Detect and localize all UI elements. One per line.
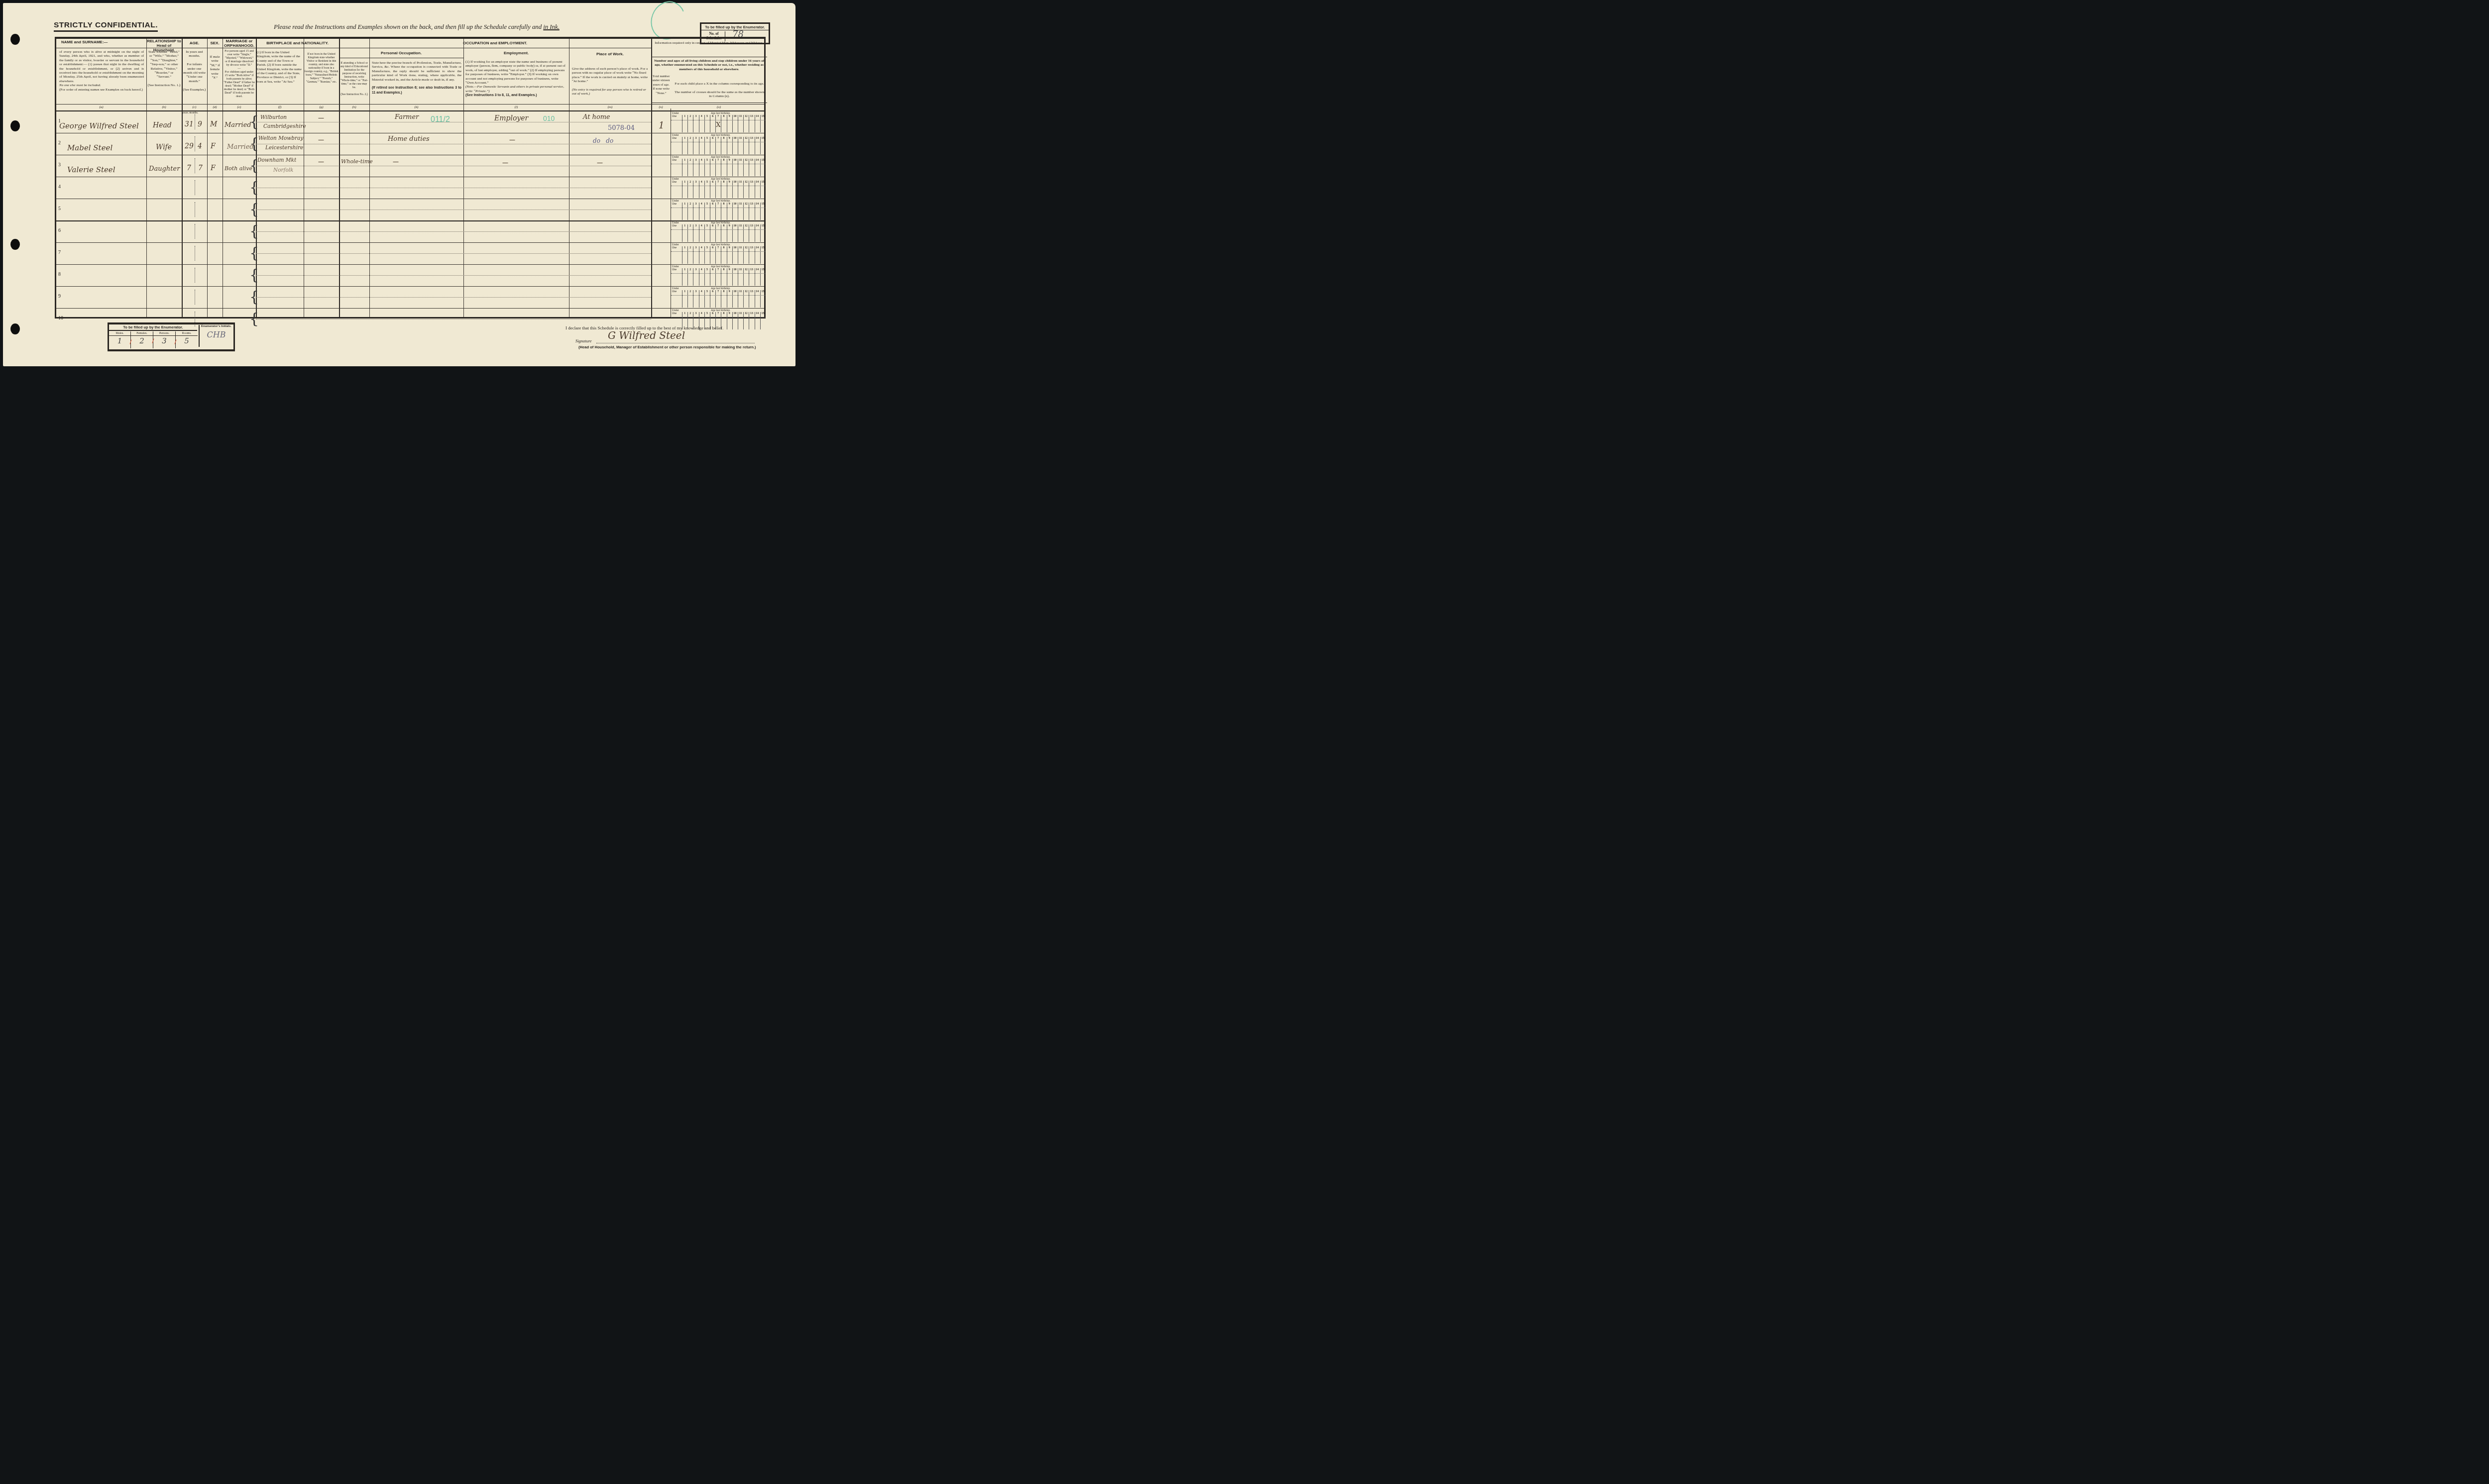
age-15-cell[interactable] <box>760 318 766 329</box>
age-13-cell[interactable] <box>749 230 754 242</box>
age-12-cell[interactable] <box>743 252 749 264</box>
age-6-cell[interactable] <box>710 186 715 198</box>
age-2-cell[interactable] <box>687 252 693 264</box>
age-10-cell[interactable] <box>732 120 738 132</box>
age-11-cell[interactable] <box>738 274 743 286</box>
age-15-cell[interactable] <box>760 186 766 198</box>
row1-age-years[interactable]: 31 <box>185 120 194 128</box>
age-10-cell[interactable] <box>732 296 738 308</box>
age-4-cell[interactable] <box>699 274 704 286</box>
age-1-cell[interactable] <box>682 164 687 176</box>
age-number-label: 7 <box>715 181 721 184</box>
age-4-cell[interactable] <box>699 230 704 242</box>
age-7-cell[interactable] <box>715 296 721 308</box>
confidential-title: STRICTLY CONFIDENTIAL. <box>54 21 158 32</box>
age-number-label: 15 <box>760 137 766 140</box>
age-15-cell[interactable] <box>760 274 766 286</box>
age-number-label: 8 <box>721 137 726 140</box>
age-5-cell[interactable] <box>704 296 710 308</box>
age-number-label: 1 <box>682 159 687 162</box>
age-14-cell[interactable] <box>755 230 760 242</box>
females-cell[interactable]: Females.2 <box>131 331 153 348</box>
males-label: Males. <box>109 331 130 336</box>
col-c-instructions: In years and months.For infants under on… <box>183 50 206 92</box>
age-number-label: 9 <box>727 115 732 118</box>
age-number-label: 12 <box>743 312 749 315</box>
age-9-cell[interactable] <box>727 186 732 198</box>
age-1-cell[interactable] <box>682 208 687 220</box>
age-5-cell[interactable] <box>704 252 710 264</box>
col-m-instructions: Give the address of each person’s place … <box>572 67 649 96</box>
age-number-label: 5 <box>704 181 710 184</box>
row2-marriage[interactable]: Married <box>227 143 254 151</box>
age-number-label: 8 <box>721 290 726 293</box>
row3-employment[interactable]: — <box>502 159 508 166</box>
age-number-label: 5 <box>704 290 710 293</box>
rooms-cell[interactable]: Rooms.5 <box>176 331 198 348</box>
age-number-label: 13 <box>749 159 754 162</box>
row3-birthplace-town[interactable]: Downham Mkt <box>257 157 296 163</box>
persons-cell[interactable]: Persons.3 <box>153 331 176 348</box>
age-2-cell[interactable] <box>687 296 693 308</box>
age-11-cell[interactable] <box>738 164 743 176</box>
age-1-cell[interactable] <box>682 142 687 154</box>
age-number-label: 1 <box>682 137 687 140</box>
age-number-label: 3 <box>693 246 698 249</box>
enumerator-initials-cell[interactable]: Enumerator’s Initials.CHB <box>199 325 233 347</box>
age-7-cell[interactable] <box>715 252 721 264</box>
age-3-cell[interactable] <box>693 120 698 132</box>
row2-relation[interactable]: Wife <box>156 143 172 151</box>
age-7-cell[interactable] <box>715 208 721 220</box>
age-11-cell[interactable] <box>738 208 743 220</box>
age-number-label: 14 <box>755 268 760 271</box>
age-10-cell[interactable] <box>732 318 738 329</box>
under-one-label: Under One <box>672 200 681 206</box>
age-number-label: 1 <box>682 203 687 206</box>
age-12-cell[interactable] <box>743 230 749 242</box>
age-under-one-cell[interactable] <box>671 186 682 198</box>
age-4-cell[interactable] <box>699 164 704 176</box>
age-5-cell[interactable] <box>704 230 710 242</box>
age-12-cell[interactable] <box>743 186 749 198</box>
age-number-label: 6 <box>710 290 715 293</box>
age-10-cell[interactable] <box>732 230 738 242</box>
age-8-cell[interactable] <box>721 296 726 308</box>
row1-children-total[interactable]: 1 <box>659 120 664 131</box>
col-no-title: Information required only in respect of … <box>652 41 766 45</box>
age-number-label: 7 <box>715 312 721 315</box>
persons-value: 3 <box>153 336 175 345</box>
age-number-label: 4 <box>699 246 704 249</box>
age-number-label: 2 <box>687 203 693 206</box>
child-age-grid: Under OneAge last birthday.1234567891011… <box>671 287 766 309</box>
age-6-cell[interactable] <box>710 230 715 242</box>
row1-place-of-work[interactable]: At home <box>583 113 610 121</box>
age-11-cell[interactable] <box>738 252 743 264</box>
age-number-label: 11 <box>738 203 743 206</box>
initials-value: CHB <box>200 330 233 339</box>
age-number-label: 5 <box>704 268 710 271</box>
age-7-cell[interactable] <box>715 164 721 176</box>
age-subheader: years. months. <box>182 111 198 114</box>
age-11-cell[interactable] <box>738 318 743 329</box>
age-6-cell[interactable] <box>710 120 715 132</box>
age-7-cell[interactable] <box>715 230 721 242</box>
age-12-cell[interactable] <box>743 142 749 154</box>
age-number-label: 15 <box>760 246 766 249</box>
row3-sex[interactable]: F <box>211 164 216 172</box>
row9-entry[interactable] <box>57 287 651 308</box>
row1-occupation-code: 011/2 <box>431 115 450 124</box>
age-4-cell[interactable] <box>699 186 704 198</box>
age-number-label: 6 <box>710 224 715 227</box>
age-number-label: 12 <box>743 159 749 162</box>
age-under-one-cell[interactable] <box>671 296 682 308</box>
age-9-cell[interactable] <box>727 318 732 329</box>
age-number-label: 13 <box>749 312 754 315</box>
enumerator-box-heading: To be filled up by the Enumerator. <box>109 325 197 331</box>
row2-place-of-work[interactable]: do do <box>593 137 613 144</box>
age-2-cell[interactable] <box>687 164 693 176</box>
row2-birthplace-county[interactable]: Leicestershire <box>265 145 303 151</box>
signature-line <box>596 343 755 343</box>
age-13-cell[interactable] <box>749 186 754 198</box>
age-number-label: 14 <box>755 159 760 162</box>
age-3-cell[interactable] <box>693 274 698 286</box>
row7-entry[interactable] <box>57 243 651 264</box>
age-2-cell[interactable] <box>687 120 693 132</box>
age-8-cell[interactable] <box>721 274 726 286</box>
col-no-subtitle: Number and ages of all living children a… <box>653 59 765 71</box>
age-number-label: 11 <box>738 115 743 118</box>
col-g-id: (g) <box>304 105 339 109</box>
age-15-cell[interactable] <box>760 296 766 308</box>
row3-place-of-work[interactable]: — <box>597 159 603 166</box>
age-number-label: 15 <box>760 203 766 206</box>
age-8-cell[interactable] <box>721 186 726 198</box>
age-1-cell[interactable] <box>682 252 687 264</box>
age-15-cell[interactable] <box>760 142 766 154</box>
age-6-cell[interactable] <box>710 296 715 308</box>
row3-nationality[interactable]: — <box>318 158 324 165</box>
age-8-cell[interactable] <box>721 208 726 220</box>
age-5-cell[interactable] <box>704 186 710 198</box>
row2-age-years[interactable]: 29 <box>185 142 194 150</box>
age-under-one-cell[interactable] <box>671 164 682 176</box>
age-9-cell[interactable] <box>727 230 732 242</box>
age-6-cell[interactable] <box>710 142 715 154</box>
age-1-cell[interactable] <box>682 230 687 242</box>
age-number-label: 11 <box>738 290 743 293</box>
age-15-cell[interactable] <box>760 230 766 242</box>
age-number-label: 12 <box>743 224 749 227</box>
age-6-cell[interactable] <box>710 208 715 220</box>
age-under-one-cell[interactable] <box>671 120 682 132</box>
col-e-id: (e) <box>223 105 256 109</box>
col-e-title: MARRIAGE or ORPHANHOOD. <box>223 39 256 48</box>
age-7-cell[interactable] <box>715 186 721 198</box>
age-number-label: 2 <box>687 159 693 162</box>
age-9-cell[interactable] <box>727 142 732 154</box>
age-4-cell[interactable] <box>699 208 704 220</box>
col-m-title: Place of Work. <box>569 52 651 56</box>
age-12-cell[interactable] <box>743 318 749 329</box>
age-14-cell[interactable] <box>755 120 760 132</box>
age-number-label: 15 <box>760 268 766 271</box>
age-10-cell[interactable] <box>732 208 738 220</box>
age-3-cell[interactable] <box>693 164 698 176</box>
col-o-instructions: For each child place a X in the column c… <box>674 82 765 99</box>
row1-sex[interactable]: M <box>210 120 217 128</box>
age-under-one-cell[interactable] <box>671 274 682 286</box>
age-number-label: 5 <box>704 246 710 249</box>
col-e-instructions: For persons aged 15 and over write “Sing… <box>224 50 255 99</box>
age-14-cell[interactable] <box>755 252 760 264</box>
age-5-cell[interactable] <box>704 164 710 176</box>
age-number-label: 2 <box>687 224 693 227</box>
age-3-cell[interactable] <box>693 208 698 220</box>
age-8-cell[interactable] <box>721 230 726 242</box>
age-7-cell[interactable] <box>715 142 721 154</box>
age-number-label: 14 <box>755 115 760 118</box>
row3-occupation[interactable]: — <box>393 158 399 165</box>
age-2-cell[interactable] <box>687 142 693 154</box>
age-12-cell[interactable] <box>743 120 749 132</box>
age-8-cell[interactable] <box>721 142 726 154</box>
row1-birthplace-town[interactable]: Wilburton <box>260 114 287 120</box>
age-5-cell[interactable] <box>704 274 710 286</box>
age-number-label: 11 <box>738 268 743 271</box>
row3-name[interactable]: Valerie Steel <box>67 165 115 174</box>
age-4-cell[interactable] <box>699 296 704 308</box>
age-10-cell[interactable] <box>732 164 738 176</box>
age-13-cell[interactable] <box>749 208 754 220</box>
age-8-cell[interactable] <box>721 120 726 132</box>
row3-age-months[interactable]: 7 <box>198 164 203 172</box>
age-9-cell[interactable] <box>727 296 732 308</box>
row2-nationality[interactable]: — <box>318 136 324 143</box>
age-10-cell[interactable] <box>732 252 738 264</box>
age-1-cell[interactable] <box>682 120 687 132</box>
age-11-cell[interactable] <box>738 120 743 132</box>
age-2-cell[interactable] <box>687 186 693 198</box>
age-number-label: 9 <box>727 268 732 271</box>
age-number-label: 15 <box>760 312 766 315</box>
age-15-cell[interactable] <box>760 208 766 220</box>
punch-hole-icon <box>10 239 20 250</box>
row2-sex[interactable]: F <box>211 142 216 150</box>
age-1-cell[interactable] <box>682 296 687 308</box>
age-15-cell[interactable] <box>760 120 766 132</box>
row2-age-months[interactable]: 4 <box>198 142 202 150</box>
age-12-cell[interactable] <box>743 208 749 220</box>
males-cell[interactable]: Males.1 <box>109 331 131 348</box>
row2-occupation[interactable]: Home duties <box>388 135 430 143</box>
row3-school[interactable]: Whole-time <box>341 158 373 165</box>
age-number-label: 9 <box>727 159 732 162</box>
age-6-cell[interactable] <box>710 252 715 264</box>
row4-entry[interactable] <box>57 177 651 199</box>
age-10-cell[interactable] <box>732 274 738 286</box>
males-value: 1 <box>109 336 130 345</box>
under-one-label: Under One <box>672 243 681 249</box>
col-m-id: (m) <box>569 105 651 109</box>
age-number-label: 9 <box>727 224 732 227</box>
row1-nationality[interactable]: — <box>318 114 324 121</box>
row1-relation[interactable]: Head <box>153 121 172 129</box>
age-13-cell[interactable] <box>749 252 754 264</box>
age-1-cell[interactable] <box>682 186 687 198</box>
age-number-label: 4 <box>699 181 704 184</box>
age-1-cell[interactable] <box>682 274 687 286</box>
age-14-cell[interactable] <box>755 142 760 154</box>
age-5-cell[interactable] <box>704 208 710 220</box>
age-number-label: 14 <box>755 203 760 206</box>
age-9-cell[interactable] <box>727 274 732 286</box>
age-number-label: 8 <box>721 115 726 118</box>
age-8-cell[interactable] <box>721 252 726 264</box>
age-12-cell[interactable] <box>743 274 749 286</box>
age-number-label: 7 <box>715 115 721 118</box>
age-number-label: 7 <box>715 137 721 140</box>
age-14-cell[interactable] <box>755 208 760 220</box>
under-one-label: Under One <box>672 287 681 293</box>
age-13-cell[interactable] <box>749 318 754 329</box>
row1-occupation[interactable]: Farmer <box>395 113 419 121</box>
age-2-cell[interactable] <box>687 208 693 220</box>
row3-relation[interactable]: Daughter <box>149 165 180 173</box>
rooms-label: Rooms. <box>176 331 198 336</box>
age-number-label: 12 <box>743 290 749 293</box>
col-k-instructions: State here the precise branch of Profess… <box>372 61 461 95</box>
age-15-cell[interactable] <box>760 164 766 176</box>
row8-entry[interactable] <box>57 265 651 286</box>
age-3-cell[interactable] <box>693 230 698 242</box>
age-number-label: 3 <box>693 203 698 206</box>
row2-name[interactable]: Mabel Steel <box>67 143 113 152</box>
age-9-cell[interactable] <box>727 120 732 132</box>
col-b-instructions: State whether “Head,” or “Wife,” “Mother… <box>147 50 181 88</box>
age-number-label: 4 <box>699 137 704 140</box>
col-o-id: (o) <box>671 105 767 109</box>
age-14-cell[interactable] <box>755 186 760 198</box>
age-14-cell[interactable] <box>755 296 760 308</box>
row5-entry[interactable] <box>57 199 651 220</box>
age-number-label: 3 <box>693 224 698 227</box>
age-number-label: 4 <box>699 224 704 227</box>
age-4-cell[interactable] <box>699 120 704 132</box>
age-13-cell[interactable] <box>749 274 754 286</box>
age-number-label: 6 <box>710 203 715 206</box>
age-3-cell[interactable] <box>693 252 698 264</box>
row3-birthplace-county[interactable]: Norfolk <box>273 167 293 173</box>
age-10-cell[interactable] <box>732 142 738 154</box>
age-number-label: 8 <box>721 268 726 271</box>
age-number-label: 2 <box>687 268 693 271</box>
age-number-label: 4 <box>699 159 704 162</box>
age-under-one-cell[interactable] <box>671 252 682 264</box>
age-11-cell[interactable] <box>738 186 743 198</box>
age-11-cell[interactable] <box>738 230 743 242</box>
col-d-id: (d) <box>207 105 223 109</box>
age-number-label: 8 <box>721 181 726 184</box>
age-number-label: 6 <box>710 159 715 162</box>
age-12-cell[interactable] <box>743 164 749 176</box>
row2-employment[interactable]: — <box>509 136 515 143</box>
age-number-label: 9 <box>727 137 732 140</box>
age-3-cell[interactable] <box>693 186 698 198</box>
age-13-cell[interactable] <box>749 164 754 176</box>
child-age-grid: Under OneAge last birthday.1234567891011… <box>671 155 766 177</box>
age-number-label: 4 <box>699 203 704 206</box>
age-9-cell[interactable] <box>727 164 732 176</box>
age-6-cell[interactable] <box>710 164 715 176</box>
females-label: Females. <box>131 331 153 336</box>
age-14-cell[interactable] <box>755 274 760 286</box>
age-9-cell[interactable] <box>727 208 732 220</box>
age-10-cell[interactable] <box>732 186 738 198</box>
row1-age-months[interactable]: 9 <box>198 120 202 128</box>
age-3-cell[interactable] <box>693 142 698 154</box>
age-under-one-cell[interactable] <box>671 208 682 220</box>
age-14-cell[interactable] <box>755 318 760 329</box>
row1-birthplace-county[interactable]: Cambridgeshire <box>263 123 306 129</box>
row6-entry[interactable] <box>57 221 651 242</box>
age-12-cell[interactable] <box>743 296 749 308</box>
age-13-cell[interactable] <box>749 296 754 308</box>
age-11-cell[interactable] <box>738 142 743 154</box>
age-7-cell[interactable] <box>715 274 721 286</box>
age-8-cell[interactable] <box>721 164 726 176</box>
age-13-cell[interactable] <box>749 120 754 132</box>
age-3-cell[interactable] <box>693 296 698 308</box>
age-9-cell[interactable] <box>727 252 732 264</box>
signature-field[interactable]: G Wilfred Steel <box>608 329 685 341</box>
age-number-label: 11 <box>738 246 743 249</box>
col-k-id: (k) <box>369 105 463 109</box>
row1-employment[interactable]: Employer <box>494 114 528 122</box>
age-6-cell[interactable] <box>710 274 715 286</box>
age-under-one-cell[interactable] <box>671 142 682 154</box>
col-a-title: NAME and SURNAME:— <box>57 40 121 44</box>
row1-marriage[interactable]: Married <box>225 121 251 129</box>
age-5-cell[interactable] <box>704 142 710 154</box>
punch-hole-icon <box>10 34 20 45</box>
age-11-cell[interactable] <box>738 296 743 308</box>
age-2-cell[interactable] <box>687 274 693 286</box>
age-4-cell[interactable] <box>699 142 704 154</box>
age-13-cell[interactable] <box>749 142 754 154</box>
age-under-one-cell[interactable] <box>671 230 682 242</box>
age-4-cell[interactable] <box>699 252 704 264</box>
age-2-cell[interactable] <box>687 230 693 242</box>
age-number-label: 6 <box>710 246 715 249</box>
row1-name[interactable]: George Wilfred Steel <box>59 121 139 130</box>
row3-marriage[interactable]: Both alive <box>225 165 252 172</box>
row3-age-years[interactable]: 7 <box>187 164 191 172</box>
age-14-cell[interactable] <box>755 164 760 176</box>
age-number-label: 6 <box>710 115 715 118</box>
age-5-cell[interactable] <box>704 120 710 132</box>
age-15-cell[interactable] <box>760 252 766 264</box>
age-separator <box>195 136 195 151</box>
schedule-table: NAME and SURNAME:— of every person who i… <box>55 37 766 318</box>
age-number-label: 8 <box>721 246 726 249</box>
age-number-label: 4 <box>699 312 704 315</box>
age-number-label: 10 <box>732 159 738 162</box>
row2-birthplace-town[interactable]: Welton Mowbray <box>258 135 303 141</box>
